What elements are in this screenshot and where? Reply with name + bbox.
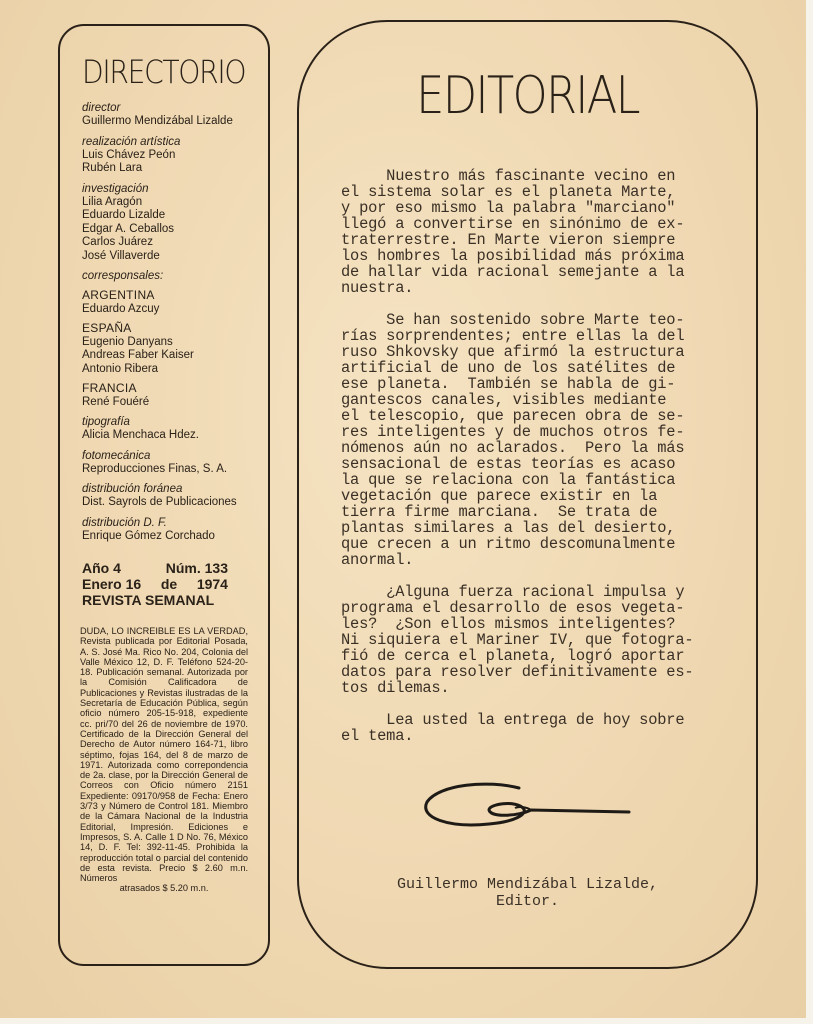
signer: Guillermo Mendizábal Lizalde, Editor. (299, 876, 756, 910)
directory-name: Lilia Aragón (82, 196, 262, 210)
signature-icon (419, 780, 639, 840)
editorial-panel: EDITORIAL Nuestro más fascinante vecino … (297, 20, 758, 969)
issue-date: Enero 16 (82, 576, 141, 592)
issue-date-de: de (161, 576, 177, 592)
directory-name: Eduardo Lizalde (82, 209, 262, 223)
issue-info: Año 4 Núm. 133 Enero 16 de 1974 REVISTA … (82, 560, 228, 608)
signer-name: Guillermo Mendizábal Lizalde, (299, 876, 756, 893)
magazine-page: DIRECTORIO directorGuillermo Mendizábal … (0, 0, 806, 1018)
editorial-title: EDITORIAL (331, 66, 724, 126)
directory-role: distribución foránea (82, 483, 262, 496)
directory-title: DIRECTORIO (82, 53, 245, 91)
directory-country: ESPAÑA (82, 322, 262, 336)
page-edge-bottom (0, 1018, 813, 1024)
directory-name: Antonio Ribera (82, 363, 262, 377)
page-edge (806, 0, 813, 1024)
directory-name: Eduardo Azcuy (82, 303, 262, 317)
directory-role: distribución D. F. (82, 517, 262, 530)
signer-role: Editor. (299, 893, 756, 910)
directory-name: Edgar A. Ceballos (82, 223, 262, 237)
directory-name: Alicia Menchaca Hdez. (82, 429, 262, 443)
legal-notice: DUDA, LO INCREIBLE ES LA VERDAD, Revista… (80, 626, 248, 894)
directory-name: Guillermo Mendizábal Lizalde (82, 115, 262, 129)
issue-number: Núm. 133 (166, 560, 228, 576)
directory-role: tipografía (82, 416, 262, 429)
directory-role: fotomecánica (82, 450, 262, 463)
directory-list: directorGuillermo Mendizábal Lizaldereal… (82, 102, 262, 543)
directory-country: FRANCIA (82, 382, 262, 396)
directory-name: Andreas Faber Kaiser (82, 349, 262, 363)
directory-country: ARGENTINA (82, 289, 262, 303)
directory-name: Dist. Sayrols de Publicaciones (82, 496, 262, 510)
directory-name: René Fouéré (82, 396, 262, 410)
directory-role: corresponsales: (82, 270, 262, 283)
legal-last-line: atrasados $ 5.20 m.n. (80, 883, 248, 893)
directory-name: Eugenio Danyans (82, 336, 262, 350)
editorial-paragraph: Nuestro más fascinante vecino en el sist… (341, 168, 723, 296)
directory-name: Rubén Lara (82, 162, 262, 176)
directory-name: Luis Chávez Peón (82, 149, 262, 163)
directory-name: Carlos Juárez (82, 236, 262, 250)
directory-name: Enrique Gómez Corchado (82, 530, 262, 544)
directory-role: director (82, 102, 262, 115)
editorial-body: Nuestro más fascinante vecino en el sist… (341, 168, 723, 760)
issue-year-number: 1974 (197, 576, 228, 592)
editorial-paragraph: ¿Alguna fuerza racional impulsa y progra… (341, 584, 723, 696)
directory-name: José Villaverde (82, 250, 262, 264)
editorial-paragraph: Se han sostenido sobre Marte teo- rías s… (341, 312, 723, 568)
legal-text: DUDA, LO INCREIBLE ES LA VERDAD, Revista… (80, 626, 248, 883)
directory-role: investigación (82, 183, 262, 196)
directory-name: Reproducciones Finas, S. A. (82, 463, 262, 477)
directory-panel: DIRECTORIO directorGuillermo Mendizábal … (58, 24, 270, 966)
editorial-paragraph: Lea usted la entrega de hoy sobre el tem… (341, 712, 723, 744)
issue-frequency: REVISTA SEMANAL (82, 592, 228, 608)
issue-year: Año 4 (82, 560, 121, 576)
directory-role: realización artística (82, 136, 262, 149)
